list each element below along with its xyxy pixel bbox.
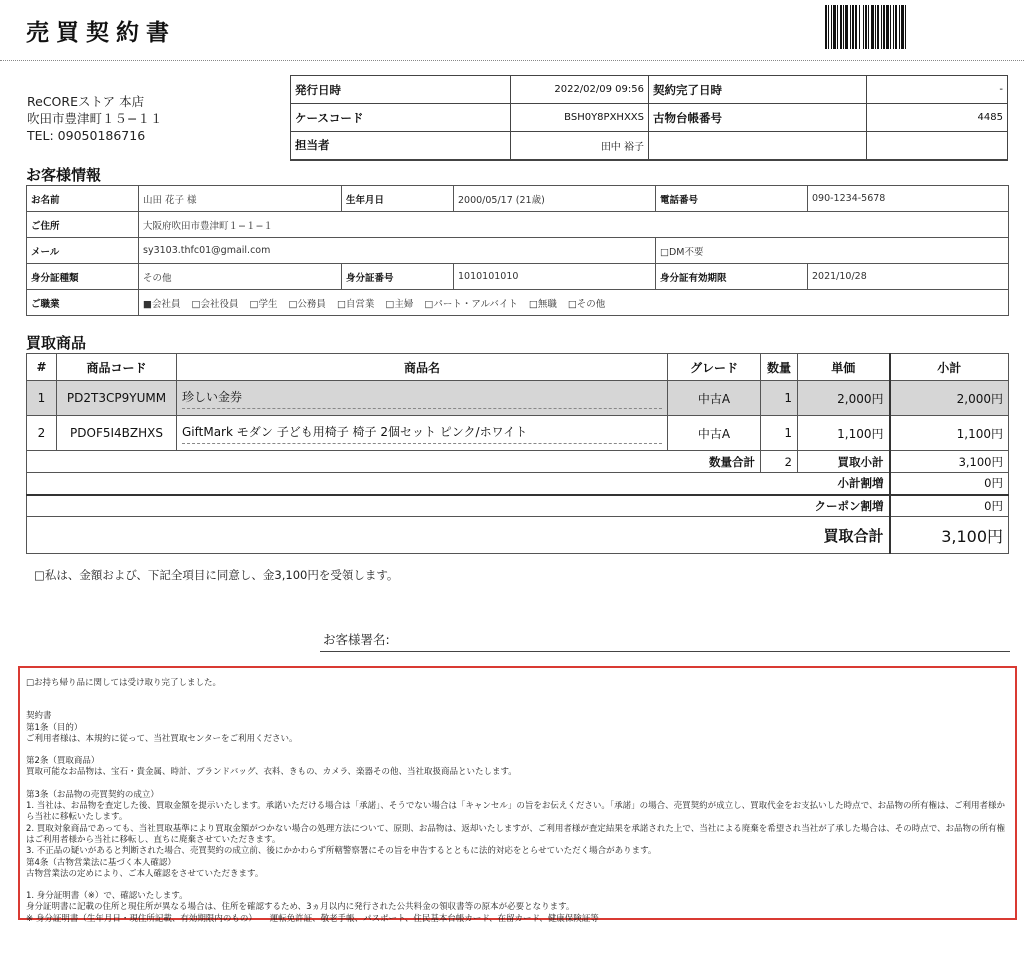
occupation-checkbox[interactable]: □その他 bbox=[568, 299, 605, 310]
article4-body: 古物営業法の定めにより、ご本人確認をさせていただきます。 bbox=[26, 869, 1009, 880]
name-value: 山田 花子 様 bbox=[139, 186, 342, 212]
col-subtotal: 小計 bbox=[890, 354, 1009, 381]
ledger-number-value: 4485 bbox=[867, 104, 1008, 132]
purchase-subtotal-label: 買取小計 bbox=[798, 451, 890, 473]
item-no: 1 bbox=[27, 381, 57, 416]
occupation-checkbox[interactable]: □会社役員 bbox=[191, 299, 238, 310]
id-expiry-label: 身分証有効期限 bbox=[656, 264, 808, 290]
empty-cell bbox=[649, 132, 867, 160]
occupation-label: ご職業 bbox=[27, 290, 139, 316]
occupation-checkbox[interactable]: □学生 bbox=[249, 299, 277, 310]
article1-title: 第1条（目的） bbox=[26, 723, 1009, 734]
address-label: ご住所 bbox=[27, 212, 139, 238]
phone-label: 電話番号 bbox=[656, 186, 808, 212]
qty-total-label: 数量合計 bbox=[27, 451, 761, 473]
occupation-checkbox[interactable]: □自営業 bbox=[337, 299, 374, 310]
col-grade: グレード bbox=[668, 354, 761, 381]
item-grade: 中古A bbox=[668, 381, 761, 416]
return-received-checkbox[interactable]: □お持ち帰り品に関しては受け取り完了しました。 bbox=[26, 678, 1009, 689]
article3-p2: 2. 買取対象商品であっても、当社買取基準により買取金額がつかない場合の処理方法… bbox=[26, 824, 1009, 847]
store-tel: TEL: 09050186716 bbox=[27, 127, 162, 144]
item-code: PD2T3CP9YUMM bbox=[57, 381, 177, 416]
item-qty: 1 bbox=[761, 416, 798, 451]
id-type-label: 身分証種類 bbox=[27, 264, 139, 290]
item-unit-price: 1,100円 bbox=[798, 416, 890, 451]
article3-title: 第3条（お品物の売買契約の成立） bbox=[26, 790, 1009, 801]
phone-value: 090-1234-5678 bbox=[808, 186, 1009, 212]
col-code: 商品コード bbox=[57, 354, 177, 381]
email-value: sy3103.thfc01@gmail.com bbox=[139, 238, 656, 264]
item-qty: 1 bbox=[761, 381, 798, 416]
article1-body: ご利用者様は、本規約に従って、当社買取センターをご利用ください。 bbox=[26, 734, 1009, 745]
article4-title: 第4条（古物営業法に基づく本人確認） bbox=[26, 858, 1009, 869]
occupation-checkbox[interactable]: ■会社員 bbox=[143, 299, 180, 310]
item-unit-price: 2,000円 bbox=[798, 381, 890, 416]
name-label: お名前 bbox=[27, 186, 139, 212]
address-value: 大阪府吹田市豊津町１−１−１ bbox=[139, 212, 1009, 238]
item-name-text: 珍しい金券 bbox=[182, 388, 662, 409]
item-name: GiftMark モダン 子ども用椅子 椅子 2個セット ピンク/ホワイト bbox=[177, 416, 668, 451]
article3-p1: 1. 当社は、お品物を査定した後、買取金額を提示いたします。承諾いただける場合は… bbox=[26, 801, 1009, 824]
col-no: # bbox=[27, 354, 57, 381]
case-code-value: BSH0Y8PXHXXS bbox=[511, 104, 649, 132]
qty-total-value: 2 bbox=[761, 451, 798, 473]
id-number-label: 身分証番号 bbox=[342, 264, 454, 290]
item-grade: 中古A bbox=[668, 416, 761, 451]
customer-info-heading: お客様情報 bbox=[26, 164, 101, 185]
signature-field[interactable]: お客様署名: bbox=[320, 630, 1010, 652]
purchase-items-table: # 商品コード 商品名 グレード 数量 単価 小計 1PD2T3CP9YUMM珍… bbox=[26, 353, 1009, 554]
customer-info-table: お名前 山田 花子 様 生年月日 2000/05/17 (21歳) 電話番号 0… bbox=[26, 185, 1009, 316]
completed-label: 契約完了日時 bbox=[649, 76, 867, 104]
terms-title: 契約書 bbox=[26, 711, 1009, 722]
id-number-value: 1010101010 bbox=[454, 264, 656, 290]
item-name: 珍しい金券 bbox=[177, 381, 668, 416]
birth-label: 生年月日 bbox=[342, 186, 454, 212]
table-row: 1PD2T3CP9YUMM珍しい金券中古A12,000円2,000円 bbox=[27, 381, 1009, 416]
occupation-checkbox[interactable]: □主婦 bbox=[385, 299, 413, 310]
barcode-icon bbox=[825, 5, 1010, 49]
coupon-markup-label: クーポン割増 bbox=[27, 495, 890, 517]
table-row: 2PDOF5I4BZHXSGiftMark モダン 子ども用椅子 椅子 2個セッ… bbox=[27, 416, 1009, 451]
subtotal-markup-value: 0円 bbox=[890, 473, 1009, 495]
col-unit-price: 単価 bbox=[798, 354, 890, 381]
total-value: 3,100円 bbox=[890, 517, 1009, 554]
id-expiry-value: 2021/10/28 bbox=[808, 264, 1009, 290]
occupation-checkbox[interactable]: □無職 bbox=[529, 299, 557, 310]
item-subtotal: 2,000円 bbox=[890, 381, 1009, 416]
completed-value: - bbox=[867, 76, 1008, 104]
contract-meta-table: 発行日時 2022/02/09 09:56 契約完了日時 - ケースコード BS… bbox=[290, 75, 1008, 161]
issued-label: 発行日時 bbox=[291, 76, 511, 104]
col-qty: 数量 bbox=[761, 354, 798, 381]
empty-cell bbox=[867, 132, 1008, 160]
consent-checkbox[interactable]: □私は、金額および、下記全項目に同意し、金3,100円を受領します。 bbox=[34, 567, 398, 583]
subtotal-markup-label: 小計割増 bbox=[27, 473, 890, 495]
staff-value: 田中 裕子 bbox=[511, 132, 649, 160]
item-name-text: GiftMark モダン 子ども用椅子 椅子 2個セット ピンク/ホワイト bbox=[182, 423, 662, 444]
col-name: 商品名 bbox=[177, 354, 668, 381]
id-type-value: その他 bbox=[139, 264, 342, 290]
items-heading: 買取商品 bbox=[26, 332, 86, 353]
divider bbox=[0, 60, 1024, 61]
total-label: 買取合計 bbox=[27, 517, 890, 554]
purchase-subtotal-value: 3,100円 bbox=[890, 451, 1009, 473]
store-address: 吹田市豊津町１５−１１ bbox=[27, 110, 162, 127]
coupon-markup-value: 0円 bbox=[890, 495, 1009, 517]
item-subtotal: 1,100円 bbox=[890, 416, 1009, 451]
staff-label: 担当者 bbox=[291, 132, 511, 160]
item-no: 2 bbox=[27, 416, 57, 451]
id-check-p1: 1. 身分証明書（※）で、確認いたします。 bbox=[26, 891, 1009, 902]
item-code: PDOF5I4BZHXS bbox=[57, 416, 177, 451]
occupation-options: ■会社員□会社役員□学生□公務員□自営業□主婦□パート・アルバイト□無職□その他 bbox=[139, 290, 1009, 316]
case-code-label: ケースコード bbox=[291, 104, 511, 132]
email-label: メール bbox=[27, 238, 139, 264]
terms-box: □お持ち帰り品に関しては受け取り完了しました。 契約書 第1条（目的） ご利用者… bbox=[18, 666, 1017, 920]
occupation-checkbox[interactable]: □パート・アルバイト bbox=[424, 299, 517, 310]
dm-opt-out-checkbox[interactable]: □DM不要 bbox=[656, 238, 1009, 264]
id-check-note: ※ 身分証明書（生年月日・現住所記載、有効期限内のもの） 運転免許証、敬老手帳、… bbox=[26, 914, 1009, 925]
article2-body: 買取可能なお品物は、宝石・貴金属、時計、ブランドバッグ、衣料、きもの、カメラ、楽… bbox=[26, 767, 1009, 778]
document-title: 売買契約書 bbox=[26, 14, 176, 47]
birth-value: 2000/05/17 (21歳) bbox=[454, 186, 656, 212]
article2-title: 第2条（買取商品） bbox=[26, 756, 1009, 767]
store-name: ReCOREストア 本店 bbox=[27, 93, 162, 110]
article3-p3: 3. 不正品の疑いがあると判断された場合、売買契約の成立前、後にかかわらず所轄警… bbox=[26, 846, 1009, 857]
issued-value: 2022/02/09 09:56 bbox=[511, 76, 649, 104]
id-check-p2: 身分証明書に記載の住所と現住所が異なる場合は、住所を確認するため、3ヵ月以内に発… bbox=[26, 902, 1009, 913]
store-info: ReCOREストア 本店 吹田市豊津町１５−１１ TEL: 0905018671… bbox=[27, 93, 162, 144]
occupation-checkbox[interactable]: □公務員 bbox=[288, 299, 325, 310]
ledger-number-label: 古物台帳番号 bbox=[649, 104, 867, 132]
